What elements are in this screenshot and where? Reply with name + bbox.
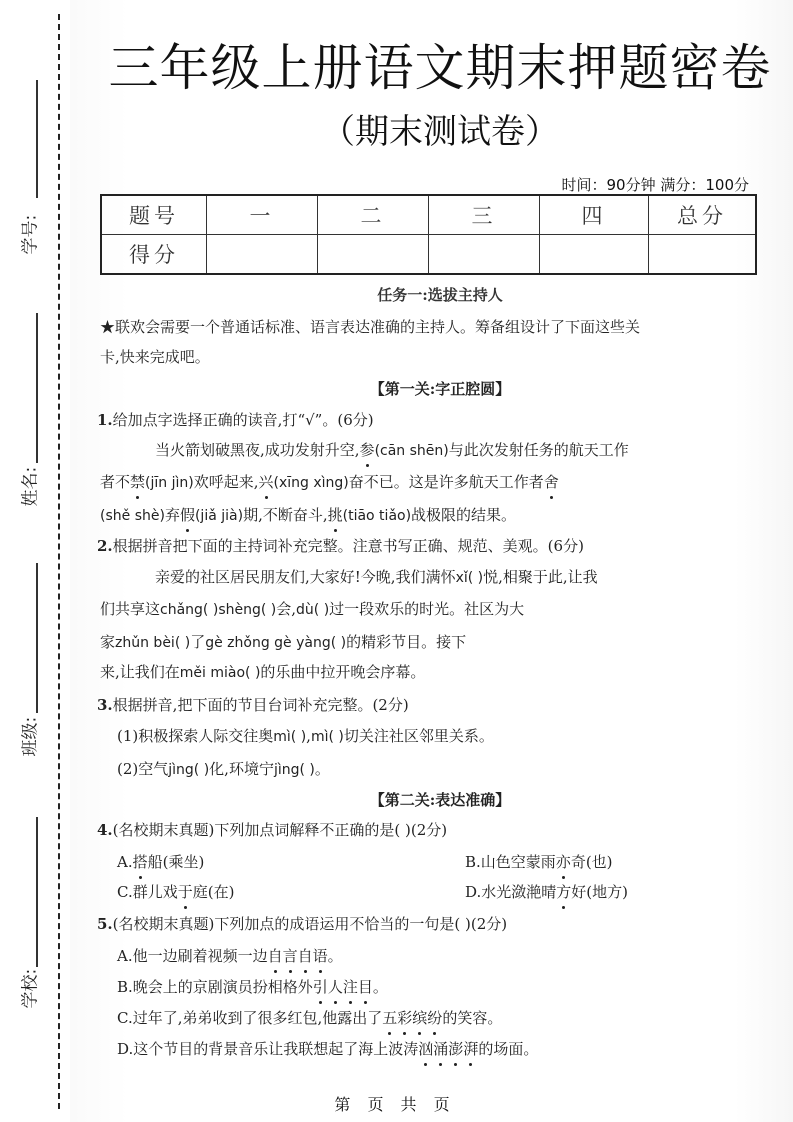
dotted-char: 言 xyxy=(283,946,298,966)
score-table-cell: 三 xyxy=(429,195,540,235)
question-4-options-row: A.搭船(乘坐) B.山色空蒙雨亦奇(也) xyxy=(117,852,793,872)
question-2-line: 来,让我们在měi miào( )的乐曲中拉开晚会序幕。 xyxy=(100,662,780,683)
text: B.山色空蒙雨 xyxy=(465,853,556,871)
section-heading-level2: 【第二关:表达准确】 xyxy=(90,789,790,810)
score-table-score-row: 得分 xyxy=(101,235,756,275)
student-id-write-line[interactable] xyxy=(36,80,38,198)
question-2-line: 家zhǔn bèi( )了gè zhǒng gè yàng( )的精彩节目。接下 xyxy=(100,632,780,653)
dotted-char: 人 xyxy=(328,977,343,997)
text: 与此次发射任务的航天工作 xyxy=(449,441,629,459)
question-number: 3. xyxy=(97,696,113,714)
school-label: 学校: xyxy=(16,989,41,1009)
question-number: 2. xyxy=(97,537,113,555)
dotted-char: 彩 xyxy=(397,1008,412,1028)
text: 切关注社区邻里关系。 xyxy=(344,727,494,745)
school-write-line[interactable] xyxy=(36,817,38,967)
score-table-cell: 题号 xyxy=(101,195,207,235)
dotted-char: 汹 xyxy=(418,1039,433,1059)
question-3-line: (1)积极探索人际交往奥mì( ),mì( )切关注社区邻里关系。 xyxy=(117,726,793,747)
text: 的精彩节目。接下 xyxy=(346,633,466,651)
fold-dashed-line xyxy=(58,14,60,1109)
option-d[interactable]: D.这个节目的背景音乐让我联想起了海上波涛汹涌澎湃的场面。 xyxy=(117,1039,793,1059)
page-subtitle: （期末测试卷） xyxy=(90,104,790,153)
page-title: 三年级上册语文期末押题密卷 xyxy=(90,28,790,100)
question-3-line: (2)空气jìng( )化,环境宁jìng( )。 xyxy=(117,759,793,780)
dotted-char: 语 xyxy=(313,946,328,966)
score-table-cell: 二 xyxy=(318,195,429,235)
text: A.他一边刷着视频一边 xyxy=(117,947,268,965)
task-intro-line: 卡,快来完成吧。 xyxy=(100,347,780,367)
text: 。 xyxy=(315,760,330,778)
dotted-char: 自 xyxy=(268,946,283,966)
dotted-char: 涌 xyxy=(433,1039,448,1059)
score-input-cell[interactable] xyxy=(649,235,757,275)
question-1-line: (shě shè)弃假(jiǎ jià)期,不断奋斗,挑(tiāo tiǎo)战… xyxy=(100,505,780,526)
pinyin-blank[interactable]: gè zhǒng gè yàng( ) xyxy=(205,635,346,651)
text: D.水光潋滟晴 xyxy=(465,883,556,901)
exam-meta: 时间：90分钟 满分：100分 xyxy=(562,174,750,195)
text: 欢呼起来, xyxy=(194,473,259,491)
text: 悦,相聚于此,让我 xyxy=(483,568,598,586)
dotted-char: 方 xyxy=(556,882,571,902)
page-footer: 第 页 共 页 xyxy=(90,1092,700,1115)
score-input-cell[interactable] xyxy=(207,235,318,275)
score-input-cell[interactable] xyxy=(540,235,649,275)
question-number: 1. xyxy=(97,411,113,429)
text: 期,不断奋斗, xyxy=(243,506,328,524)
dotted-char: 于 xyxy=(178,882,193,902)
score-table-cell: 总分 xyxy=(649,195,757,235)
dotted-char: 兴 xyxy=(259,472,274,492)
text: (2)空气 xyxy=(117,760,168,778)
pinyin-choice[interactable]: (jiǎ jià) xyxy=(195,508,243,524)
text: 家 xyxy=(100,633,115,651)
dotted-char: 舍 xyxy=(544,472,559,492)
dotted-char: 引 xyxy=(313,977,328,997)
text: 亲爱的社区居民朋友们,大家好!今晚,我们满怀 xyxy=(155,568,456,586)
option-a[interactable]: A.他一边刷着视频一边自言自语。 xyxy=(117,946,793,966)
dotted-char: 缤 xyxy=(412,1008,427,1028)
question-text: 根据拼音把下面的主持词补充完整。注意书写正确、规范、美观。(6分) xyxy=(113,537,584,555)
task-title: 任务一:选拔主持人 xyxy=(90,284,790,305)
text: 庭(在) xyxy=(193,883,235,901)
question-number: 4. xyxy=(97,821,113,839)
pinyin-blank[interactable]: mì( ) xyxy=(273,729,306,745)
text: 化,环境宁 xyxy=(209,760,274,778)
dotted-char: 纷 xyxy=(427,1008,442,1028)
dotted-char: 禁 xyxy=(130,472,145,492)
dotted-char: 注 xyxy=(343,977,358,997)
name-label: 姓名: xyxy=(16,487,41,507)
text: 船(乘坐) xyxy=(148,853,205,871)
student-id-label: 学号: xyxy=(16,235,41,255)
option-b[interactable]: B.山色空蒙雨亦奇(也) xyxy=(465,852,613,872)
question-4-options-row: C.群儿戏于庭(在) D.水光潋滟晴方好(地方) xyxy=(117,882,793,902)
dotted-char: 亦 xyxy=(556,852,571,872)
pinyin-choice[interactable]: (tiāo tiǎo) xyxy=(343,508,411,524)
text: 奋不已。这是许多航天工作者 xyxy=(349,473,544,491)
text: 当火箭划破黑夜,成功发射升空, xyxy=(155,441,360,459)
pinyin-blank[interactable]: xǐ( ) xyxy=(456,570,484,586)
text: 了 xyxy=(190,633,205,651)
question-2-prompt: 2.根据拼音把下面的主持词补充完整。注意书写正确、规范、美观。(6分) xyxy=(97,536,777,556)
text: 的乐曲中拉开晚会序幕。 xyxy=(260,663,425,681)
text: A. xyxy=(117,853,133,871)
text: 好(地方) xyxy=(571,883,628,901)
class-write-line[interactable] xyxy=(36,563,38,713)
score-table-cell: 得分 xyxy=(101,235,207,275)
question-text: (名校期末真题)下列加点的成语运用不恰当的一句是( )(2分) xyxy=(113,915,507,933)
text: 们共享这 xyxy=(100,600,160,618)
question-5-prompt: 5.(名校期末真题)下列加点的成语运用不恰当的一句是( )(2分) xyxy=(97,914,777,934)
text: 弃 xyxy=(165,506,180,524)
text: 奇(也) xyxy=(571,853,613,871)
pinyin-choice[interactable]: (jīn jìn) xyxy=(145,475,194,491)
pinyin-choice[interactable]: (cān shēn) xyxy=(375,443,449,459)
option-a[interactable]: A.搭船(乘坐) xyxy=(117,853,204,871)
text: 过一段欢乐的时光。社区为大 xyxy=(329,600,524,618)
text: 的笑容。 xyxy=(442,1009,502,1027)
score-table-cell: 一 xyxy=(207,195,318,235)
pinyin-choice[interactable]: (xīng xìng) xyxy=(274,475,349,491)
dotted-char: 湃 xyxy=(463,1039,478,1059)
text: B.晚会上的京剧演员扮相格外 xyxy=(117,978,313,996)
score-input-cell[interactable] xyxy=(429,235,540,275)
text: 的场面。 xyxy=(478,1040,538,1058)
question-text: (名校期末真题)下列加点词解释不正确的是( )(2分) xyxy=(113,821,447,839)
class-label: 班级: xyxy=(16,737,41,757)
pinyin-blank[interactable]: mì( ) xyxy=(311,729,344,745)
pinyin-choice[interactable]: (shě shè) xyxy=(100,508,165,524)
question-1-line: 者不禁(jīn jìn)欢呼起来,兴(xīng xìng)奋不已。这是许多航天工… xyxy=(100,472,780,493)
score-table-cell: 四 xyxy=(540,195,649,235)
task-intro-line: ★联欢会需要一个普通话标准、语言表达准确的主持人。筹备组设计了下面这些关 xyxy=(100,317,780,337)
pinyin-blank[interactable]: shèng( ) xyxy=(218,602,276,618)
option-d[interactable]: D.水光潋滟晴方好(地方) xyxy=(465,882,628,902)
pinyin-blank[interactable]: jìng( ) xyxy=(168,762,209,778)
pinyin-blank[interactable]: dù( ) xyxy=(296,602,329,618)
text: C.过年了,弟弟收到了很多红包,他露出了 xyxy=(117,1009,382,1027)
question-1-line: 当火箭划破黑夜,成功发射升空,参(cān shēn)与此次发射任务的航天工作 xyxy=(155,440,793,461)
text: D.这个节目的背景音乐让我联想起了海上波涛 xyxy=(117,1040,418,1058)
text: 会, xyxy=(276,600,296,618)
dotted-char: 五 xyxy=(382,1008,397,1028)
pinyin-blank[interactable]: měi miào( ) xyxy=(180,665,261,681)
text: 战极限的结果。 xyxy=(411,506,516,524)
option-c[interactable]: C.过年了,弟弟收到了很多红包,他露出了五彩缤纷的笑容。 xyxy=(117,1008,793,1028)
question-1-prompt: 1.给加点字选择正确的读音,打“√”。(6分) xyxy=(97,410,777,430)
pinyin-blank[interactable]: jìng( ) xyxy=(274,762,315,778)
dotted-char: 假 xyxy=(180,505,195,525)
dotted-char: 自 xyxy=(298,946,313,966)
question-3-prompt: 3.根据拼音,把下面的节目台词补充完整。(2分) xyxy=(97,695,777,715)
question-2-line: 亲爱的社区居民朋友们,大家好!今晚,我们满怀xǐ( )悦,相聚于此,让我 xyxy=(155,567,793,588)
score-table: 题号 一 二 三 四 总分 得分 xyxy=(100,194,757,275)
name-write-line[interactable] xyxy=(36,313,38,463)
text: 者不 xyxy=(100,473,130,491)
option-b[interactable]: B.晚会上的京剧演员扮相格外引人注目。 xyxy=(117,977,793,997)
question-text: 给加点字选择正确的读音,打“√”。(6分) xyxy=(113,411,374,429)
question-2-line: 们共享这chǎng( )shèng( )会,dù( )过一段欢乐的时光。社区为大 xyxy=(100,599,780,620)
dotted-char: 参 xyxy=(360,440,375,460)
dotted-char: 目 xyxy=(358,977,373,997)
text: C.群儿戏 xyxy=(117,883,178,901)
pinyin-blank[interactable]: zhǔn bèi( ) xyxy=(115,635,190,651)
section-heading-level1: 【第一关:字正腔圆】 xyxy=(90,378,790,399)
pinyin-blank[interactable]: chǎng( ) xyxy=(160,602,218,618)
dotted-char: 澎 xyxy=(448,1039,463,1059)
option-c[interactable]: C.群儿戏于庭(在) xyxy=(117,883,234,901)
binding-margin: 学号: 姓名: 班级: 学校: xyxy=(0,0,80,1122)
question-text: 根据拼音,把下面的节目台词补充完整。(2分) xyxy=(113,696,409,714)
text: 。 xyxy=(328,947,343,965)
text: 来,让我们在 xyxy=(100,663,180,681)
text: 。 xyxy=(373,978,388,996)
dotted-char: 挑 xyxy=(328,505,343,525)
dotted-char: 搭 xyxy=(133,852,148,872)
text: (1)积极探索人际交往奥 xyxy=(117,727,273,745)
score-input-cell[interactable] xyxy=(318,235,429,275)
question-number: 5. xyxy=(97,915,113,933)
score-table-header-row: 题号 一 二 三 四 总分 xyxy=(101,195,756,235)
question-4-prompt: 4.(名校期末真题)下列加点词解释不正确的是( )(2分) xyxy=(97,820,777,840)
